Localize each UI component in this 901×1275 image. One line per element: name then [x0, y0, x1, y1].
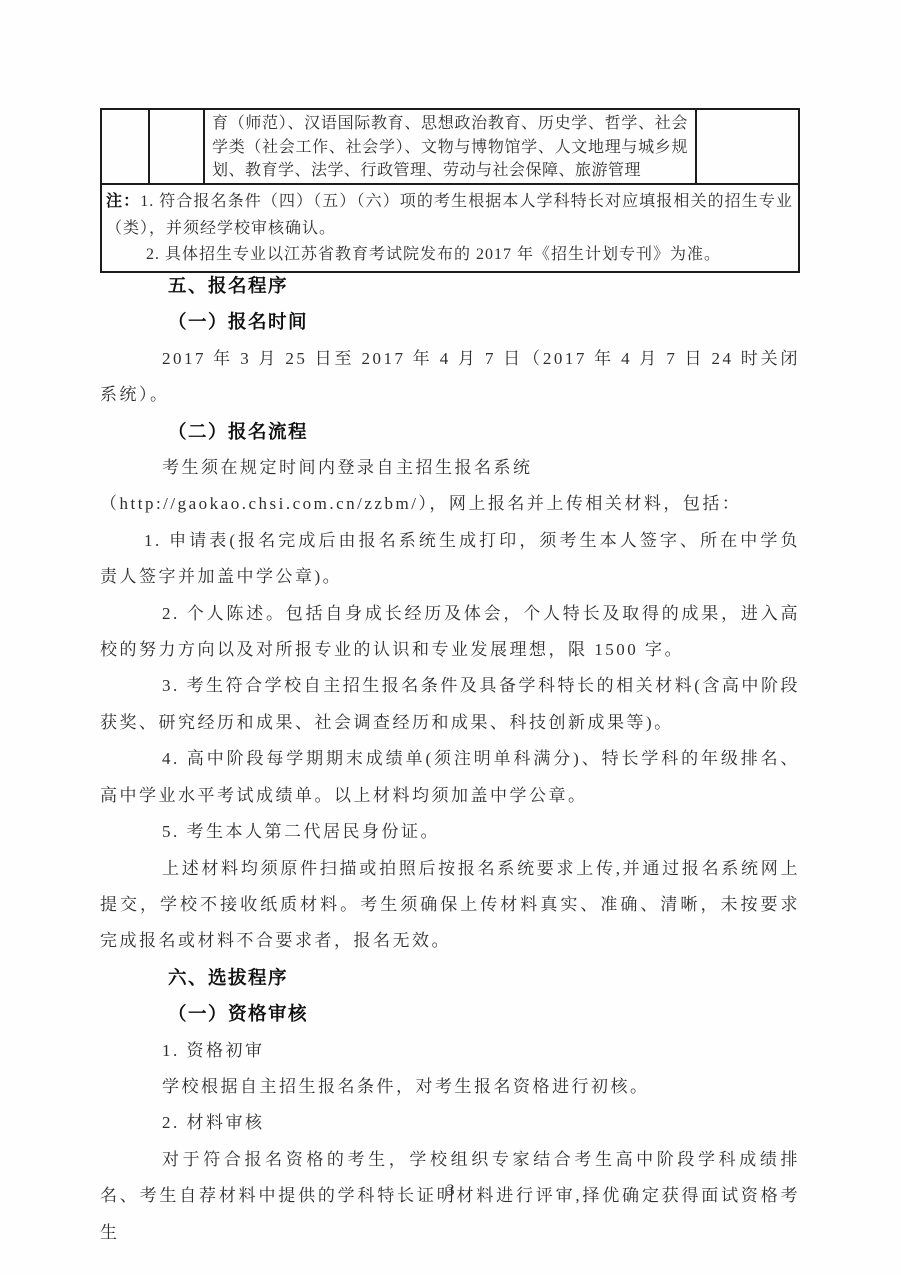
table-note-row: 注：1. 符合报名条件（四）（五）（六）项的考生根据本人学科特长对应填报相关的招… [102, 185, 798, 271]
section-6-1-heading: （一）资格审核 [100, 996, 800, 1032]
note-line-1: 注：1. 符合报名条件（四）（五）（六）项的考生根据本人学科特长对应填报相关的招… [106, 189, 793, 242]
material-item-1: 1. 申请表(报名完成后由报名系统生成打印，须考生本人签字、所在中学负责人签字并… [100, 523, 800, 596]
table-cell-majors: 育（师范）、汉语国际教育、思想政治教育、历史学、哲学、社会学类（社会工作、社会学… [205, 110, 697, 183]
majors-table: 育（师范）、汉语国际教育、思想政治教育、历史学、哲学、社会学类（社会工作、社会学… [100, 108, 800, 273]
material-item-4: 4. 高中阶段每学期期末成绩单(须注明单科满分)、特长学科的年级排名、高中学业水… [100, 741, 800, 814]
upload-requirement-paragraph: 上述材料均须原件扫描或拍照后按报名系统要求上传,并通过报名系统网上提交，学校不接… [100, 851, 800, 960]
note-label: 注： [106, 193, 140, 210]
table-row: 育（师范）、汉语国际教育、思想政治教育、历史学、哲学、社会学类（社会工作、社会学… [102, 110, 798, 185]
material-item-2: 2. 个人陈述。包括自身成长经历及体会，个人特长及取得的成果，进入高校的努力方向… [100, 596, 800, 669]
note-item-2: 2. 具体招生专业以江苏省教育考试院发布的 2017 年《招生计划专刊》为准。 [106, 242, 793, 269]
table-cell-empty-1 [102, 110, 150, 183]
qualification-step-2: 2. 材料审核 [100, 1105, 800, 1141]
qualification-step-1: 1. 资格初审 [100, 1033, 800, 1069]
flow-intro-paragraph: 考生须在规定时间内登录自主招生报名系统 [100, 450, 800, 486]
section-5-heading: 五、报名程序 [100, 268, 800, 304]
document-body: 五、报名程序 （一）报名时间 2017 年 3 月 25 日至 2017 年 4… [100, 268, 800, 1251]
section-5-1-heading: （一）报名时间 [100, 304, 800, 340]
section-5-2-heading: （二）报名流程 [100, 414, 800, 450]
section-6-heading: 六、选拔程序 [100, 960, 800, 996]
material-item-3: 3. 考生符合学校自主招生报名条件及具备学科特长的相关材料(含高中阶段获奖、研究… [100, 668, 800, 741]
table-cell-empty-3 [697, 110, 798, 183]
material-item-5: 5. 考生本人第二代居民身份证。 [100, 814, 800, 850]
table-cell-empty-2 [150, 110, 205, 183]
registration-url-line: （http://gaokao.chsi.com.cn/zzbm/），网上报名并上… [100, 486, 800, 522]
note-item-1: 1. 符合报名条件（四）（五）（六）项的考生根据本人学科特长对应填报相关的招生专… [106, 193, 793, 237]
document-page: 育（师范）、汉语国际教育、思想政治教育、历史学、哲学、社会学类（社会工作、社会学… [0, 0, 901, 1275]
registration-time-paragraph: 2017 年 3 月 25 日至 2017 年 4 月 7 日（2017 年 4… [100, 341, 800, 414]
qualification-step-1-text: 学校根据自主招生报名条件，对考生报名资格进行初核。 [100, 1069, 800, 1105]
page-number: 3 [0, 1182, 901, 1200]
